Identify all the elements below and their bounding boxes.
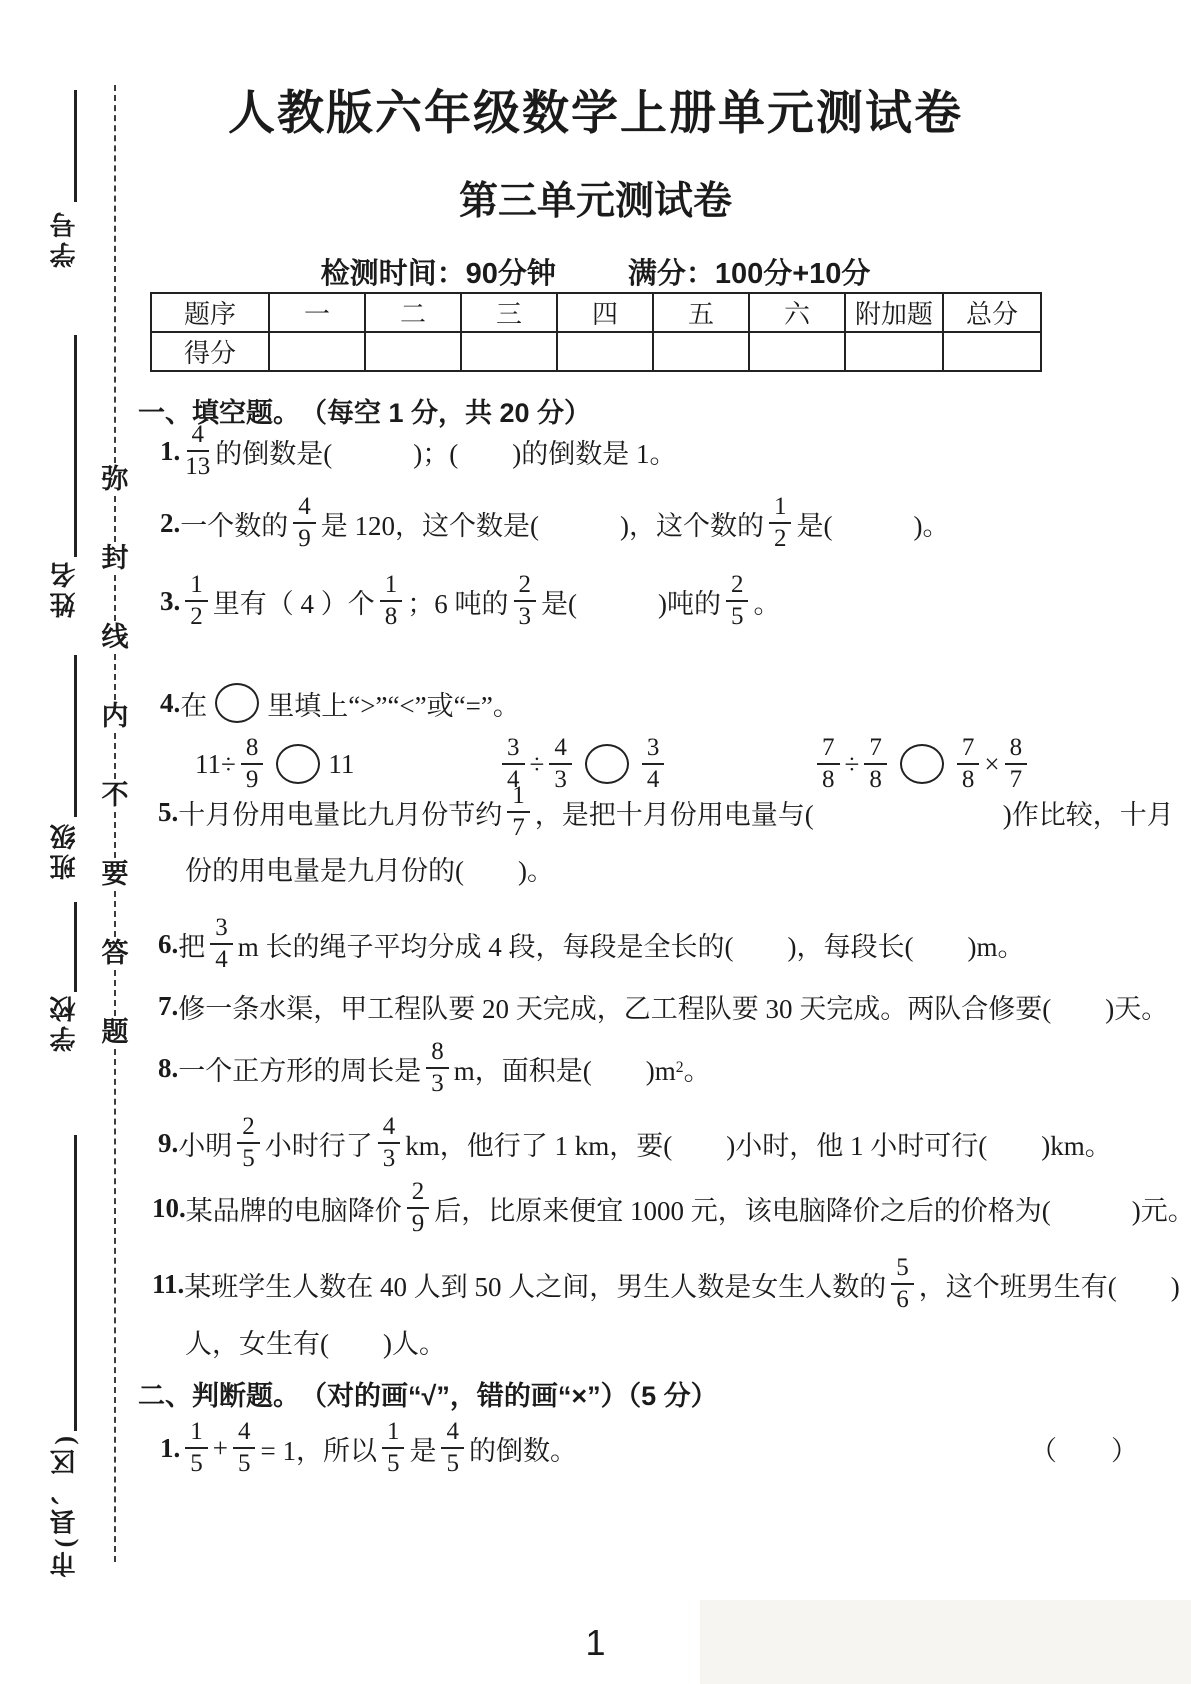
header-cell-total: 总分 xyxy=(943,293,1041,332)
city-blank-line xyxy=(74,1135,77,1431)
fraction: 15 xyxy=(382,1419,405,1478)
unit-subtitle: 第三单元测试卷 xyxy=(0,170,1191,226)
fraction: 34 xyxy=(210,915,233,974)
fraction: 25 xyxy=(237,1114,260,1173)
exam-info-line: 检测时间：90分钟满分：100分+10分 xyxy=(0,251,1191,292)
fraction-numerator: 8 xyxy=(241,735,264,765)
score-cell xyxy=(845,332,943,371)
score-cell xyxy=(365,332,461,371)
text-run: 人，女生有( )人。 xyxy=(185,1322,446,1361)
fraction-numerator: 2 xyxy=(514,572,537,602)
fraction: 43 xyxy=(378,1114,401,1173)
header-cell-2: 二 xyxy=(365,293,461,332)
score-cell xyxy=(269,332,365,371)
bold-text-run: 6. xyxy=(158,929,178,960)
class-label: 班级 xyxy=(46,820,82,880)
school-blank-line xyxy=(74,902,77,992)
fraction-numerator: 1 xyxy=(769,494,792,524)
seal-dash-segment xyxy=(114,970,116,1016)
page-number: 1 xyxy=(0,1622,1191,1664)
fraction: 12 xyxy=(185,572,208,631)
judgement-question-1: 1.15+45= 1，所以15是45的倒数。 （ ） xyxy=(160,1412,1138,1484)
text-run: （对的画“√”，错的画“×”）（5 分） xyxy=(300,1374,718,1413)
bold-text-run: 5. xyxy=(158,797,178,828)
fraction-numerator: 1 xyxy=(380,572,403,602)
header-cell-question-order: 题序 xyxy=(151,293,269,332)
seal-dash-segment xyxy=(114,1049,116,1562)
text-run: ÷ xyxy=(845,749,860,780)
fraction-numerator: 4 xyxy=(441,1419,464,1449)
seal-dash-segment xyxy=(114,654,116,700)
fraction-numerator: 8 xyxy=(426,1039,449,1069)
score-cell xyxy=(749,332,845,371)
fraction-numerator: 3 xyxy=(210,915,233,945)
text-run: 。 xyxy=(684,1049,711,1088)
fraction-numerator: 7 xyxy=(817,735,840,765)
fraction-numerator: 3 xyxy=(642,735,665,765)
fraction-numerator: 5 xyxy=(891,1255,914,1285)
bold-text-run: 1. xyxy=(160,1433,180,1464)
fraction-denominator: 3 xyxy=(519,602,532,630)
bold-text-run: 7. xyxy=(158,991,178,1022)
seal-dash-segment xyxy=(114,812,116,858)
fraction: 29 xyxy=(407,1179,430,1238)
fraction-denominator: 9 xyxy=(412,1209,425,1237)
question-9: 9.小明25小时行了43km，他行了 1 km，要( )小时，他 1 小时可行(… xyxy=(158,1107,1112,1179)
seal-dash-segment xyxy=(114,496,116,542)
header-cell-1: 一 xyxy=(269,293,365,332)
fraction-denominator: 3 xyxy=(383,1144,396,1172)
header-cell-6: 六 xyxy=(749,293,845,332)
fraction-numerator: 3 xyxy=(502,735,525,765)
score-table-header-row: 题序 一 二 三 四 五 六 附加题 总分 xyxy=(151,293,1041,332)
fraction-denominator: 5 xyxy=(238,1449,251,1477)
question-8: 8.一个正方形的周长是83m，面积是( )m2。 xyxy=(158,1032,711,1104)
fraction-numerator: 8 xyxy=(1005,735,1028,765)
paper-title: 人教版六年级数学上册单元测试卷 xyxy=(0,76,1191,143)
city-label: 市(县、区) xyxy=(46,1432,82,1577)
score-cell xyxy=(557,332,653,371)
bold-text-run: 8. xyxy=(158,1053,178,1084)
seal-char: 题 xyxy=(102,1016,129,1049)
full-score: 满分：100分+10分 xyxy=(628,258,871,290)
fraction: 83 xyxy=(426,1039,449,1098)
question-2: 2.一个数的49是 120，这个数是( )，这个数的12是( )。 xyxy=(160,487,949,559)
header-cell-4: 四 xyxy=(557,293,653,332)
score-table: 题序 一 二 三 四 五 六 附加题 总分 得分 xyxy=(150,292,1042,372)
seal-dash-segment xyxy=(114,575,116,621)
text-run: 在 xyxy=(180,684,207,723)
fraction-numerator: 1 xyxy=(382,1419,405,1449)
fraction-denominator: 2 xyxy=(774,524,787,552)
name-blank-line xyxy=(74,335,77,557)
seal-dash-segment xyxy=(114,891,116,937)
bold-text-run: 二、判断题。 xyxy=(138,1374,300,1413)
superscript: 2 xyxy=(676,1059,684,1077)
fraction: 413 xyxy=(185,422,210,481)
text-run: 是( )吨的 xyxy=(541,582,721,621)
question-10: 10.某品牌的电脑降价29后，比原来便宜 1000 元，该电脑降价之后的价格为(… xyxy=(152,1172,1191,1244)
test-paper-page: 学号 姓名 班级 学校 市(县、区) 弥 封 线 内 不 要 答 题 人教版六年… xyxy=(0,0,1191,1684)
judgement-question-1-text: 1.15+45= 1，所以15是45的倒数。 xyxy=(160,1419,577,1478)
name-label: 姓名 xyxy=(46,558,82,618)
text-run: 份的用电量是九月份的( )。 xyxy=(185,849,554,888)
text-run: × xyxy=(984,749,999,780)
fraction-numerator: 4 xyxy=(233,1419,256,1449)
text-run: 的倒数是( )；( )的倒数是 1。 xyxy=(215,432,676,471)
fraction-denominator: 8 xyxy=(385,602,398,630)
text-run: 一个正方形的周长是 xyxy=(178,1049,421,1088)
fraction-numerator: 7 xyxy=(957,735,980,765)
header-cell-bonus: 附加题 xyxy=(845,293,943,332)
fraction: 45 xyxy=(233,1419,256,1478)
seal-line: 弥 封 线 内 不 要 答 题 xyxy=(100,85,130,1562)
fraction: 49 xyxy=(293,494,316,553)
text-run: ；6 吨的 xyxy=(407,582,508,621)
text-run: 某品牌的电脑降价 xyxy=(186,1189,402,1228)
class-blank-line xyxy=(74,655,77,817)
text-run: + xyxy=(213,1433,228,1464)
fraction-numerator: 4 xyxy=(187,422,210,452)
fraction-denominator: 5 xyxy=(387,1449,400,1477)
judgement-answer-blank: （ ） xyxy=(1030,1429,1138,1468)
score-cell xyxy=(461,332,557,371)
fraction-numerator: 4 xyxy=(549,735,572,765)
fraction-denominator: 5 xyxy=(731,602,744,630)
seal-char: 内 xyxy=(102,700,129,733)
text-run: 是 xyxy=(409,1429,436,1468)
fraction-denominator: 5 xyxy=(242,1144,255,1172)
fraction: 45 xyxy=(441,1419,464,1478)
score-cell xyxy=(943,332,1041,371)
seal-dash-segment xyxy=(114,733,116,779)
seal-char: 弥 xyxy=(102,463,129,496)
text-run: ÷ xyxy=(530,749,545,780)
fraction-numerator: 2 xyxy=(237,1114,260,1144)
fraction-denominator: 5 xyxy=(190,1449,203,1477)
fraction-denominator: 2 xyxy=(190,602,203,630)
seal-char: 答 xyxy=(102,937,129,970)
bold-text-run: 9. xyxy=(158,1128,178,1159)
seal-char: 线 xyxy=(102,621,129,654)
fraction-numerator: 1 xyxy=(507,783,530,813)
text-run: m 长的绳子平均分成 4 段，每段是全长的( )，每段长( )m。 xyxy=(238,925,1025,964)
header-cell-5: 五 xyxy=(653,293,749,332)
text-run: 修一条水渠，甲工程队要 20 天完成，乙工程队要 30 天完成。两队合修要( )… xyxy=(178,987,1168,1026)
fraction-numerator: 4 xyxy=(293,494,316,524)
text-run: 是 120，这个数是( )，这个数的 xyxy=(321,504,764,543)
seal-char: 不 xyxy=(102,779,129,812)
fraction: 12 xyxy=(769,494,792,553)
fraction-denominator: 5 xyxy=(446,1449,459,1477)
fraction-denominator: 9 xyxy=(298,524,311,552)
text-run: ，这个班男生有( ) xyxy=(919,1265,1180,1304)
fraction-numerator: 7 xyxy=(864,735,887,765)
text-run: 一个数的 xyxy=(180,504,288,543)
fraction-numerator: 2 xyxy=(726,572,749,602)
bold-text-run: 11. xyxy=(152,1269,184,1300)
fraction: 15 xyxy=(185,1419,208,1478)
fraction-numerator: 4 xyxy=(378,1114,401,1144)
bold-text-run: 2. xyxy=(160,508,180,539)
text-run: 小明 xyxy=(178,1124,232,1163)
text-run: m，面积是( )m xyxy=(454,1049,676,1088)
bold-text-run: 4. xyxy=(160,688,180,719)
text-run: = 1，所以 xyxy=(260,1429,376,1468)
text-run: 11 xyxy=(328,749,354,780)
text-run: 十月份用电量比九月份节约 xyxy=(178,793,502,832)
exam-time: 检测时间：90分钟 xyxy=(321,258,556,290)
text-run: 11÷ xyxy=(195,749,236,780)
score-row-label: 得分 xyxy=(151,332,269,371)
text-run: 是( )。 xyxy=(796,504,949,543)
text-run: 。 xyxy=(753,582,780,621)
school-label: 学校 xyxy=(46,992,82,1052)
fraction: 18 xyxy=(380,572,403,631)
header-cell-3: 三 xyxy=(461,293,557,332)
fraction-denominator: 13 xyxy=(185,452,210,480)
fraction-denominator: 4 xyxy=(215,945,228,973)
question-3: 3.12里有（ 4 ）个18；6 吨的23是( )吨的25。 xyxy=(160,565,780,637)
fraction-denominator: 6 xyxy=(896,1285,909,1313)
text-run: 某班学生人数在 40 人到 50 人之间，男生人数是女生人数的 xyxy=(184,1265,886,1304)
text-run: 的倒数。 xyxy=(469,1429,577,1468)
text-run: 小时行了 xyxy=(265,1124,373,1163)
text-run: 里有（ 4 ）个 xyxy=(213,582,375,621)
seal-char: 封 xyxy=(102,542,129,575)
bold-text-run: 1. xyxy=(160,436,180,467)
fraction-numerator: 2 xyxy=(407,1179,430,1209)
question-5-line-2: 份的用电量是九月份的( )。 xyxy=(185,832,554,904)
text-run: 把 xyxy=(178,925,205,964)
comparison-circle-blank xyxy=(215,683,259,723)
text-run: km，他行了 1 km，要( )小时，他 1 小时可行( )km。 xyxy=(405,1124,1111,1163)
text-run: 里填上“>”“<”或“=”。 xyxy=(267,684,520,723)
fraction: 56 xyxy=(891,1255,914,1314)
fraction: 25 xyxy=(726,572,749,631)
fraction-denominator: 3 xyxy=(431,1069,444,1097)
bold-text-run: 3. xyxy=(160,586,180,617)
question-1: 1.413的倒数是( )；( )的倒数是 1。 xyxy=(160,415,676,487)
text-run: 后，比原来便宜 1000 元，该电脑降价之后的价格为( )元。 xyxy=(434,1189,1191,1228)
fraction: 23 xyxy=(514,572,537,631)
bold-text-run: 10. xyxy=(152,1193,186,1224)
seal-char: 要 xyxy=(102,858,129,891)
text-run: ，是把十月份用电量与( )作比较，十月 xyxy=(535,793,1174,832)
fraction-numerator: 1 xyxy=(185,1419,208,1449)
score-cell xyxy=(653,332,749,371)
fraction-numerator: 1 xyxy=(185,572,208,602)
score-row: 得分 xyxy=(151,332,1041,371)
